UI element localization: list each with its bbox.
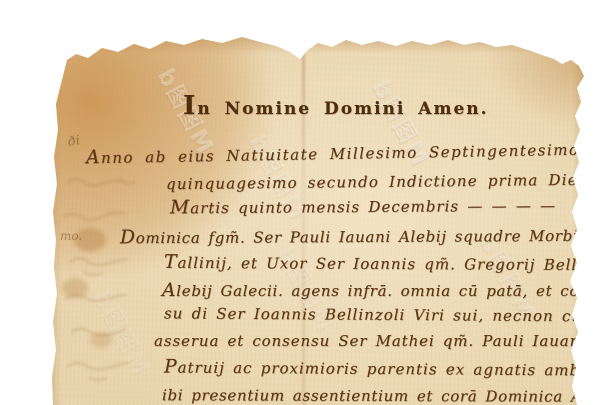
- manuscript-line: su di Ser Ioannis Bellinzoli Viri sui, n…: [164, 304, 610, 325]
- manuscript-heading: In Nomine Domini Amen.: [183, 90, 489, 121]
- manuscript-line: Alebij Galecii. agens infrā. omnia cū pa…: [162, 280, 610, 301]
- manuscript-line: Martis quinto mensis Decembris — — — —: [170, 195, 556, 219]
- bleedthrough-writing: [50, 170, 180, 405]
- manuscript-line: Patruij ac proximioris parentis ex agnat…: [164, 356, 607, 380]
- manuscript-line: asserua et consensu Ser Mathei qm̃. Paul…: [154, 332, 610, 350]
- manuscript-line: ibi presentium assentientium et corā Dom…: [162, 386, 610, 405]
- manuscript-paper: b图图M b图图M b图图M b图图M b图图M b图图M In Nomine …: [50, 32, 590, 405]
- manuscript-line: Tallinij, et Uxor Ser Ioannis qm̃. Grego…: [164, 252, 610, 275]
- manuscript-line: Anno ab eius Natiuitate Millesimo Septin…: [86, 139, 580, 169]
- margin-fragment: ði: [67, 133, 81, 150]
- manuscript-line: Dominica fgm̃. Ser Pauli Iauani Alebij s…: [120, 225, 600, 249]
- manuscript-line: quinquagesimo secundo Indictione prima D…: [166, 171, 578, 193]
- margin-fragment: mo.: [60, 229, 82, 243]
- manuscript-photo: b图图M b图图M b图图M b图图M b图图M b图图M In Nomine …: [0, 0, 610, 405]
